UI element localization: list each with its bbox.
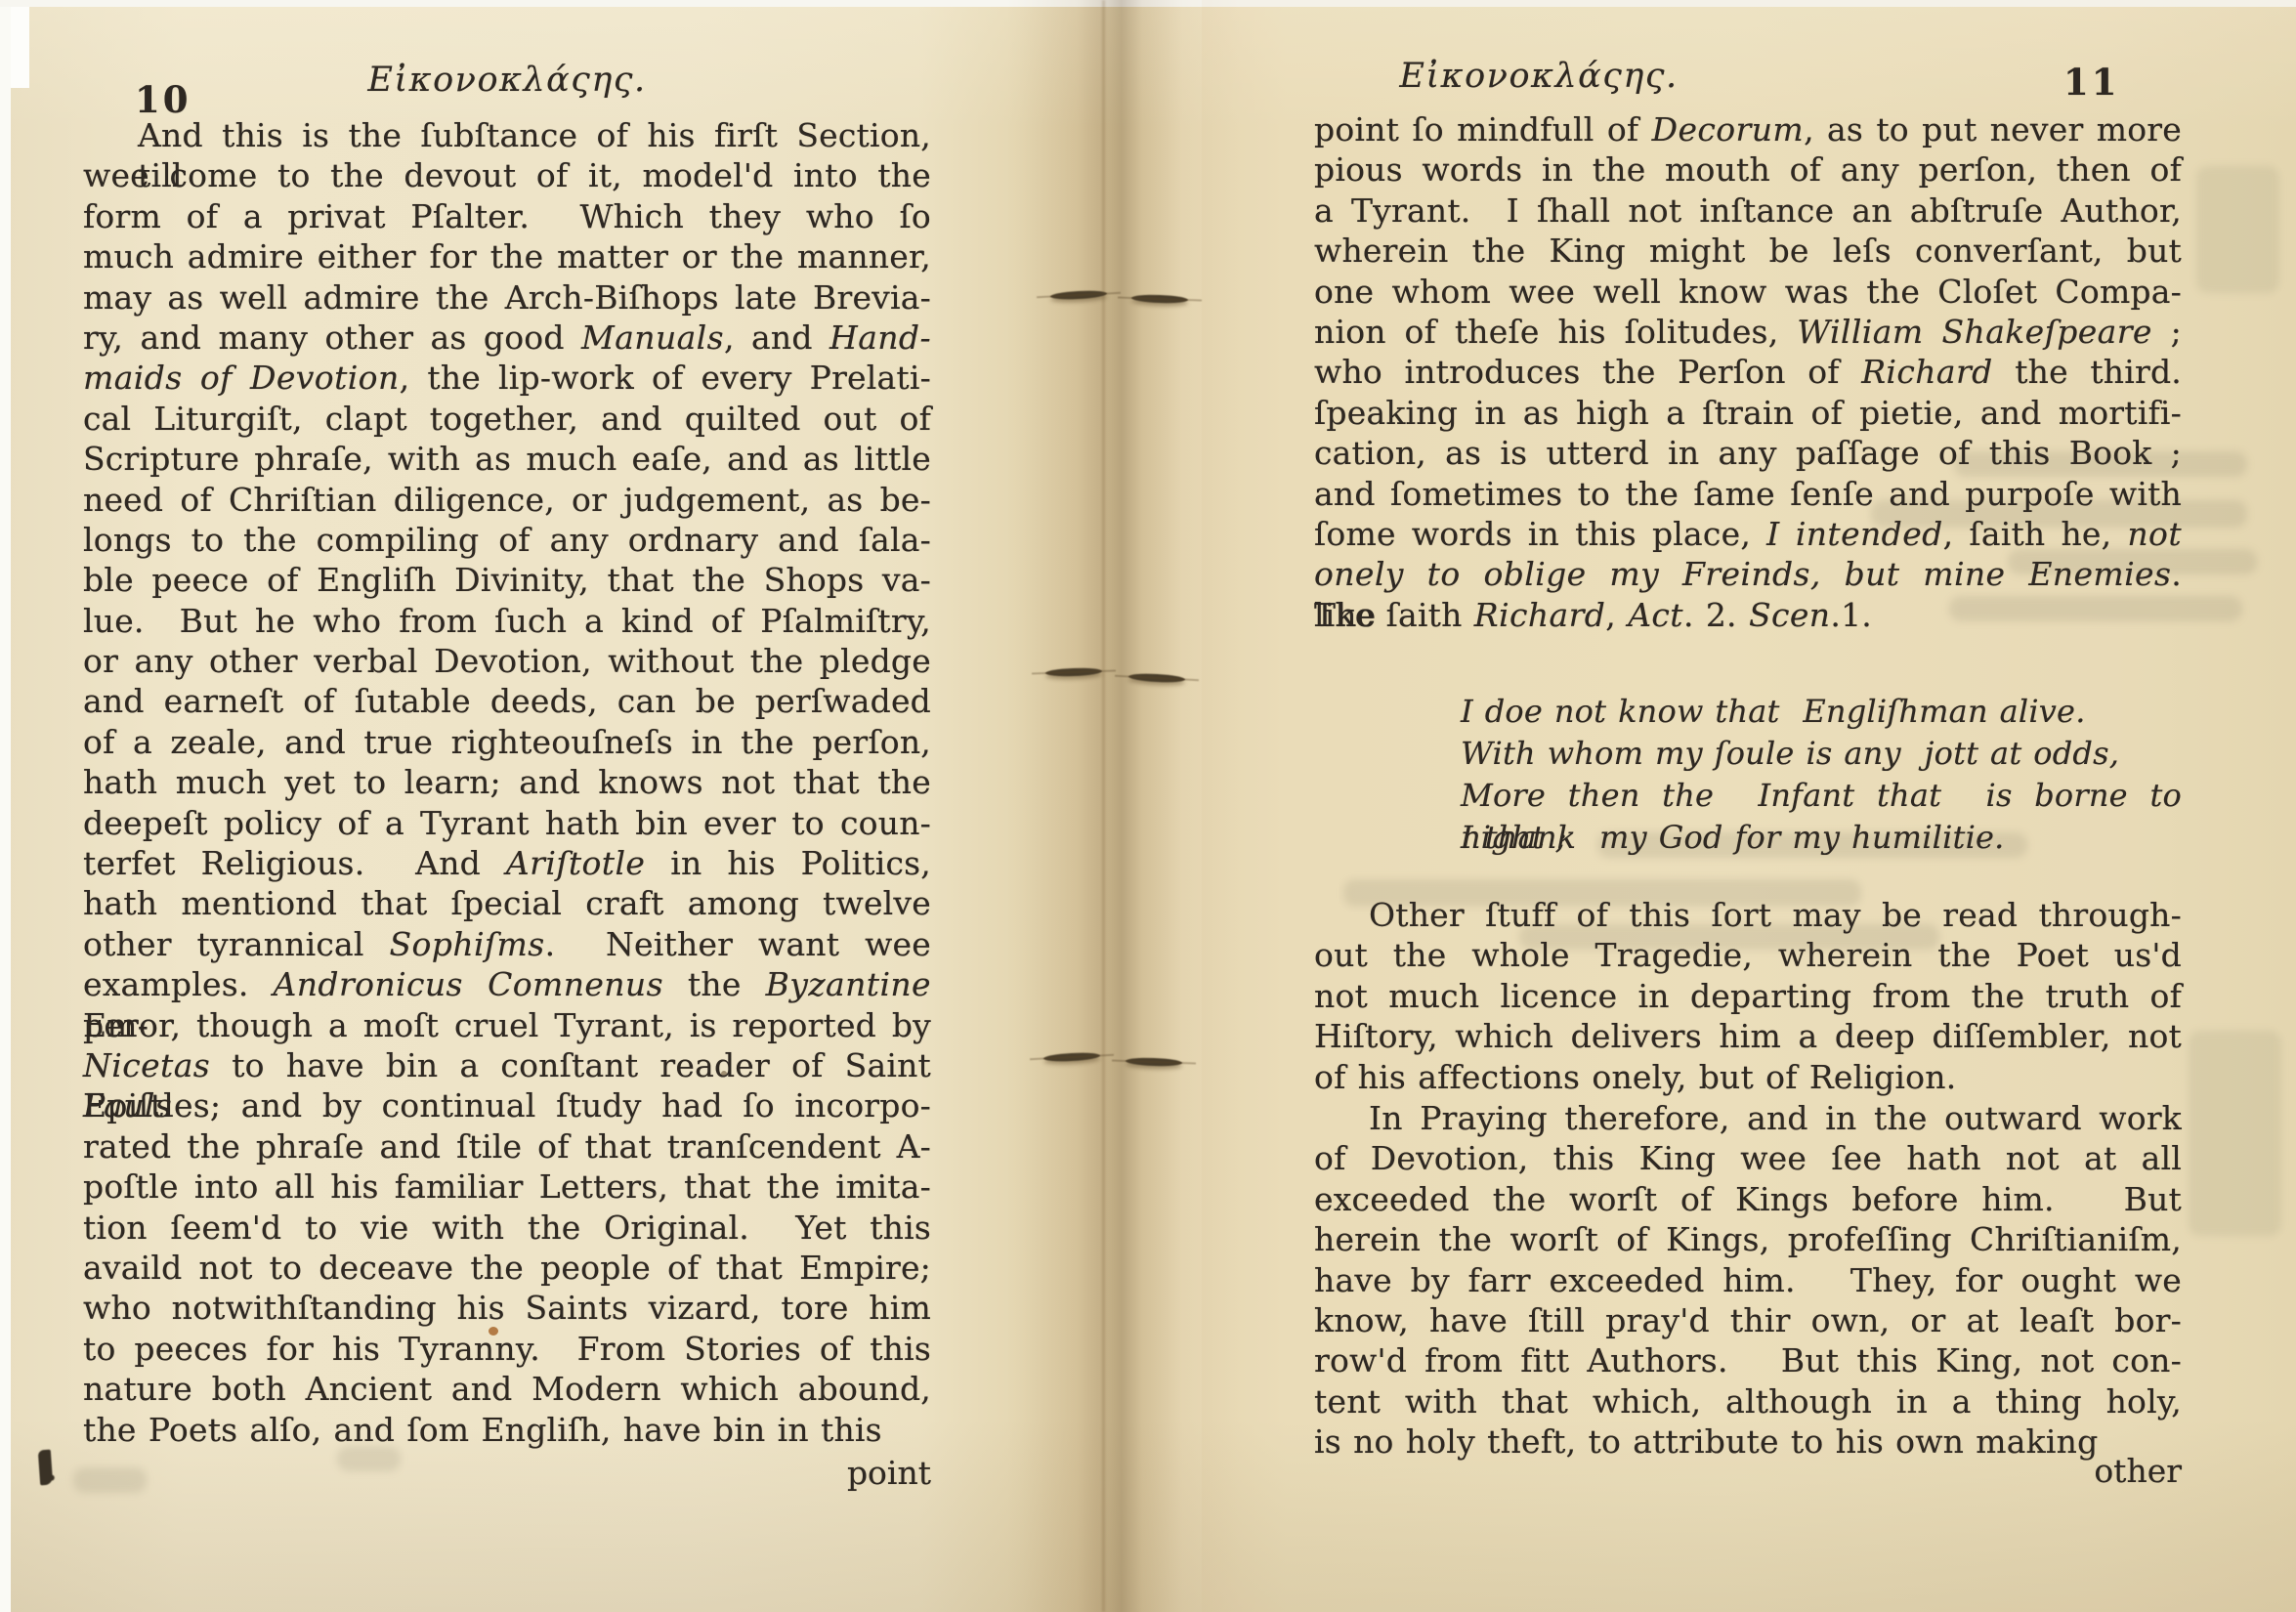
text-line: not much licence in departing from the t… (1314, 976, 2182, 1016)
text-line: of Devotion, this King wee ſee hath not … (1314, 1138, 2182, 1178)
text-line: or any other verbal Devotion, without th… (83, 641, 931, 681)
text-line: Other ſtuff of this ſort may be read thr… (1314, 895, 2182, 935)
text-line: wherein the King might be leſs converſan… (1314, 231, 2182, 271)
text-line: and earneſt of ſutable deeds, can be per… (83, 681, 931, 721)
text-line: and ſometimes to the ſame ſenſe and purp… (1314, 474, 2182, 514)
text-line: ſpeaking in as high a ſtrain of pietie, … (1314, 393, 2182, 433)
text-line: like ſaith Richard, Act. 2. Scen.1. (1314, 595, 2182, 635)
text-line: who notwithſtanding his Saints vizard, t… (83, 1288, 931, 1328)
right-verse-quote: I doe not know that Engliſhman alive.Wit… (1314, 691, 2182, 859)
text-line: examples. Andronicus Comnenus the Byzant… (83, 964, 931, 1004)
scan-edge-left (0, 0, 11, 1612)
right-text-column-paragraph3: In Praying therefore, and in the outward… (1314, 1098, 2182, 1463)
text-line: ble peece of Engliſh Divinity, that the … (83, 560, 931, 600)
left-text-column: And this is the ſubſtance of his firſt S… (83, 115, 931, 1450)
text-line: form of a privat Pſalter. Which they who… (83, 196, 931, 236)
text-line: ry, and many other as good Manuals, and … (83, 318, 931, 358)
text-line: peror, though a moſt cruel Tyrant, is re… (83, 1005, 931, 1045)
text-line: maids of Devotion, the lip-work of every… (83, 358, 931, 398)
text-line: Hiſtory, which delivers him a deep diſſe… (1314, 1016, 2182, 1056)
right-page-number: 11 (2063, 61, 2120, 104)
book-spread-scan: 10 Εἰκονοκλάςης. And this is the ſubſtan… (0, 0, 2296, 1612)
text-line: onely to oblige my Freinds, but mine Ene… (1314, 554, 2182, 594)
scan-edge-top (0, 0, 2296, 7)
binding-stitch (1131, 294, 1188, 304)
right-catchword: other (1314, 1452, 2242, 1490)
text-line: exceeded the worſt of Kings before him. … (1314, 1179, 2182, 1219)
binding-stitch (1043, 1051, 1100, 1062)
text-line: the Poets alſo, and ſom Engliſh, have bi… (83, 1410, 931, 1450)
text-line: nion of theſe his ſolitudes, William Sha… (1314, 312, 2182, 352)
text-line: herein the worſt of Kings, profeſſing Ch… (1314, 1219, 2182, 1259)
left-running-header: Εἰκονοκλάςης. (83, 61, 931, 100)
text-line: cal Liturgiſt, clapt together, and quilt… (83, 399, 931, 439)
binding-stitch (1045, 667, 1102, 677)
text-line: of a zeale, and true righteouſneſs in th… (83, 722, 931, 762)
text-line: pious words in the mouth of any perſon, … (1314, 149, 2182, 190)
text-line: I thank my God for my humilitie. (1314, 817, 2182, 859)
text-line: know, have ſtill pray'd thir own, or at … (1314, 1300, 2182, 1340)
right-running-header: Εἰκονοκλάςης. (1314, 57, 1764, 96)
text-line: With whom my ſoule is any jott at odds, (1314, 733, 2182, 775)
binding-gutter-shadow (1006, 0, 1241, 1612)
text-line: tent with that which, although in a thin… (1314, 1381, 2182, 1421)
text-line: may as well admire the Arch-Biſhops late… (83, 277, 931, 318)
text-line: out the whole Tragedie, wherein the Poet… (1314, 935, 2182, 975)
binding-stitch (1126, 1057, 1182, 1067)
text-line: much admire either for the matter or the… (83, 236, 931, 276)
text-line: hath much yet to learn; and knows not th… (83, 762, 931, 802)
right-text-column-paragraph1: point ſo mindfull of Decorum, as to put … (1314, 109, 2182, 635)
text-line: availd not to deceave the people of that… (83, 1248, 931, 1288)
text-line: deepeſt policy of a Tyrant hath bin ever… (83, 803, 931, 843)
text-line: And this is the ſubſtance of his firſt S… (83, 115, 931, 155)
text-line: tion ſeem'd to vie with the Original. Ye… (83, 1208, 931, 1248)
text-line: have by farr exceeded him. They, for oug… (1314, 1260, 2182, 1300)
text-line: Scripture phraſe, with as much eaſe, and… (83, 439, 931, 479)
text-line: Nicetas to have bin a conſtant reader of… (83, 1045, 931, 1085)
text-line: of his affections onely, but of Religion… (1314, 1057, 2182, 1097)
show-through-ghost (2196, 166, 2279, 293)
text-line: row'd from fitt Authors. But this King, … (1314, 1340, 2182, 1380)
text-line: to peeces for his Tyranny. From Stories … (83, 1329, 931, 1369)
text-line: point ſo mindfull of Decorum, as to put … (1314, 109, 2182, 149)
text-line: a Tyrant. I ſhall not inſtance an abſtru… (1314, 191, 2182, 231)
binding-fold-line (1102, 0, 1105, 1612)
binding-stitch (1128, 672, 1185, 683)
text-line: longs to the compiling of any ordnary an… (83, 520, 931, 560)
show-through-ghost (2189, 1031, 2281, 1236)
text-line: poſtle into all his familiar Letters, th… (83, 1167, 931, 1207)
text-line: I doe not know that Engliſhman alive. (1314, 691, 2182, 733)
text-line: nature both Ancient and Modern which abo… (83, 1369, 931, 1409)
text-line: other tyrannical Sophiſms. Neither want … (83, 924, 931, 964)
text-line: terfet Religious. And Ariſtotle in his P… (83, 843, 931, 883)
binding-stitch (1050, 289, 1107, 300)
text-line: In Praying therefore, and in the outward… (1314, 1098, 2182, 1138)
text-line: one whom wee well know was the Cloſet Co… (1314, 272, 2182, 312)
text-line: rated the phraſe and ſtile of that tranſ… (83, 1126, 931, 1167)
text-line: cation, as is utterd in any paſſage of t… (1314, 433, 2182, 473)
text-line: Epiſtles; and by continual ſtudy had ſo … (83, 1085, 931, 1125)
left-catchword: point (83, 1454, 951, 1492)
right-text-column-paragraph2: Other ſtuff of this ſort may be read thr… (1314, 895, 2182, 1097)
text-line: ſome words in this place, I intended, ſa… (1314, 514, 2182, 554)
text-line: hath mentiond that ſpecial craft among t… (83, 883, 931, 923)
text-line: who introduces the Perſon of Richard the… (1314, 352, 2182, 392)
text-line: wee come to the devout of it, model'd in… (83, 155, 931, 195)
text-line: need of Chriſtian diligence, or judgemen… (83, 480, 931, 520)
text-line: lue. But he who from ſuch a kind of Pſal… (83, 601, 931, 641)
text-line: More then the Infant that is borne to ni… (1314, 775, 2182, 817)
margin-ink-mark (38, 1450, 53, 1486)
